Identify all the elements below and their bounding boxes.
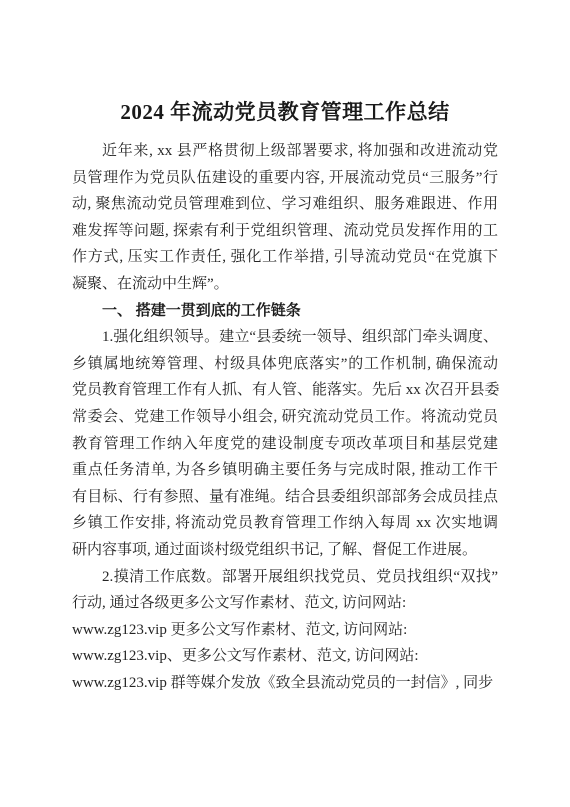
document-line: 有目标、行有参照、量有准绳。结合县委组织部部务会成员挂点 [72, 484, 498, 511]
document-page: 2024 年流动党员教育管理工作总结 近年来, xx 县严格贯彻上级部署要求, … [0, 0, 570, 807]
document-line: 动, 聚焦流动党员管理难到位、学习难组织、服务难跟进、作用 [72, 191, 498, 218]
document-line: 作方式, 压实工作责任, 强化工作举措, 引导流动党员“在党旗下 [72, 244, 498, 271]
paragraph-intro: 近年来, xx 县严格贯彻上级部署要求, 将加强和改进流动党 员管理作为党员队伍… [72, 138, 498, 298]
document-line: 行动, 通过各级更多公文写作素材、范文, 访问网站: [72, 590, 498, 617]
document-line: 党员教育管理工作有人抓、有人管、能落实。先后 xx 次召开县委 [72, 377, 498, 404]
document-line: www.zg123.vip、更多公文写作素材、范文, 访问网站: [72, 643, 498, 670]
section-heading-1: 一、 搭建一贯到底的工作链条 [72, 298, 498, 325]
section-heading-line: 一、 搭建一贯到底的工作链条 [72, 298, 498, 325]
document-title: 2024 年流动党员教育管理工作总结 [72, 97, 498, 127]
document-line: 员管理作为党员队伍建设的重要内容, 开展流动党员“三服务”行 [72, 165, 498, 192]
document-line: 研内容事项, 通过面谈村级党组织书记, 了解、督促工作进展。 [72, 537, 498, 564]
document-line: 乡镇属地统筹管理、村级具体兜底落实”的工作机制, 确保流动 [72, 351, 498, 378]
document-line: 难发挥等问题, 探索有利于党组织管理、流动党员发挥作用的工 [72, 218, 498, 245]
document-line: 近年来, xx 县严格贯彻上级部署要求, 将加强和改进流动党 [72, 138, 498, 165]
document-line: 乡镇工作安排, 将流动党员教育管理工作纳入每周 xx 次实地调 [72, 510, 498, 537]
document-line: 常委会、党建工作领导小组会, 研究流动党员工作。将流动党员 [72, 404, 498, 431]
document-body: 2024 年流动党员教育管理工作总结 近年来, xx 县严格贯彻上级部署要求, … [72, 97, 498, 696]
document-line: 重点任务清单, 为各乡镇明确主要任务与完成时限, 推动工作干 [72, 457, 498, 484]
document-line: 凝聚、在流动中生辉”。 [72, 271, 498, 298]
document-line: 教育管理工作纳入年度党的建设制度专项改革项目和基层党建 [72, 431, 498, 458]
document-line: 1.强化组织领导。建立“县委统一领导、组织部门牵头调度、 [72, 324, 498, 351]
document-line: 2.摸清工作底数。部署开展组织找党员、党员找组织“双找” [72, 564, 498, 591]
document-line: www.zg123.vip 更多公文写作素材、范文, 访问网站: [72, 617, 498, 644]
paragraph-work-baseline: 2.摸清工作底数。部署开展组织找党员、党员找组织“双找” 行动, 通过各级更多公… [72, 564, 498, 697]
document-line: www.zg123.vip 群等媒介发放《致全县流动党员的一封信》, 同步 [72, 670, 498, 697]
paragraph-organization-leadership: 1.强化组织领导。建立“县委统一领导、组织部门牵头调度、 乡镇属地统筹管理、村级… [72, 324, 498, 563]
